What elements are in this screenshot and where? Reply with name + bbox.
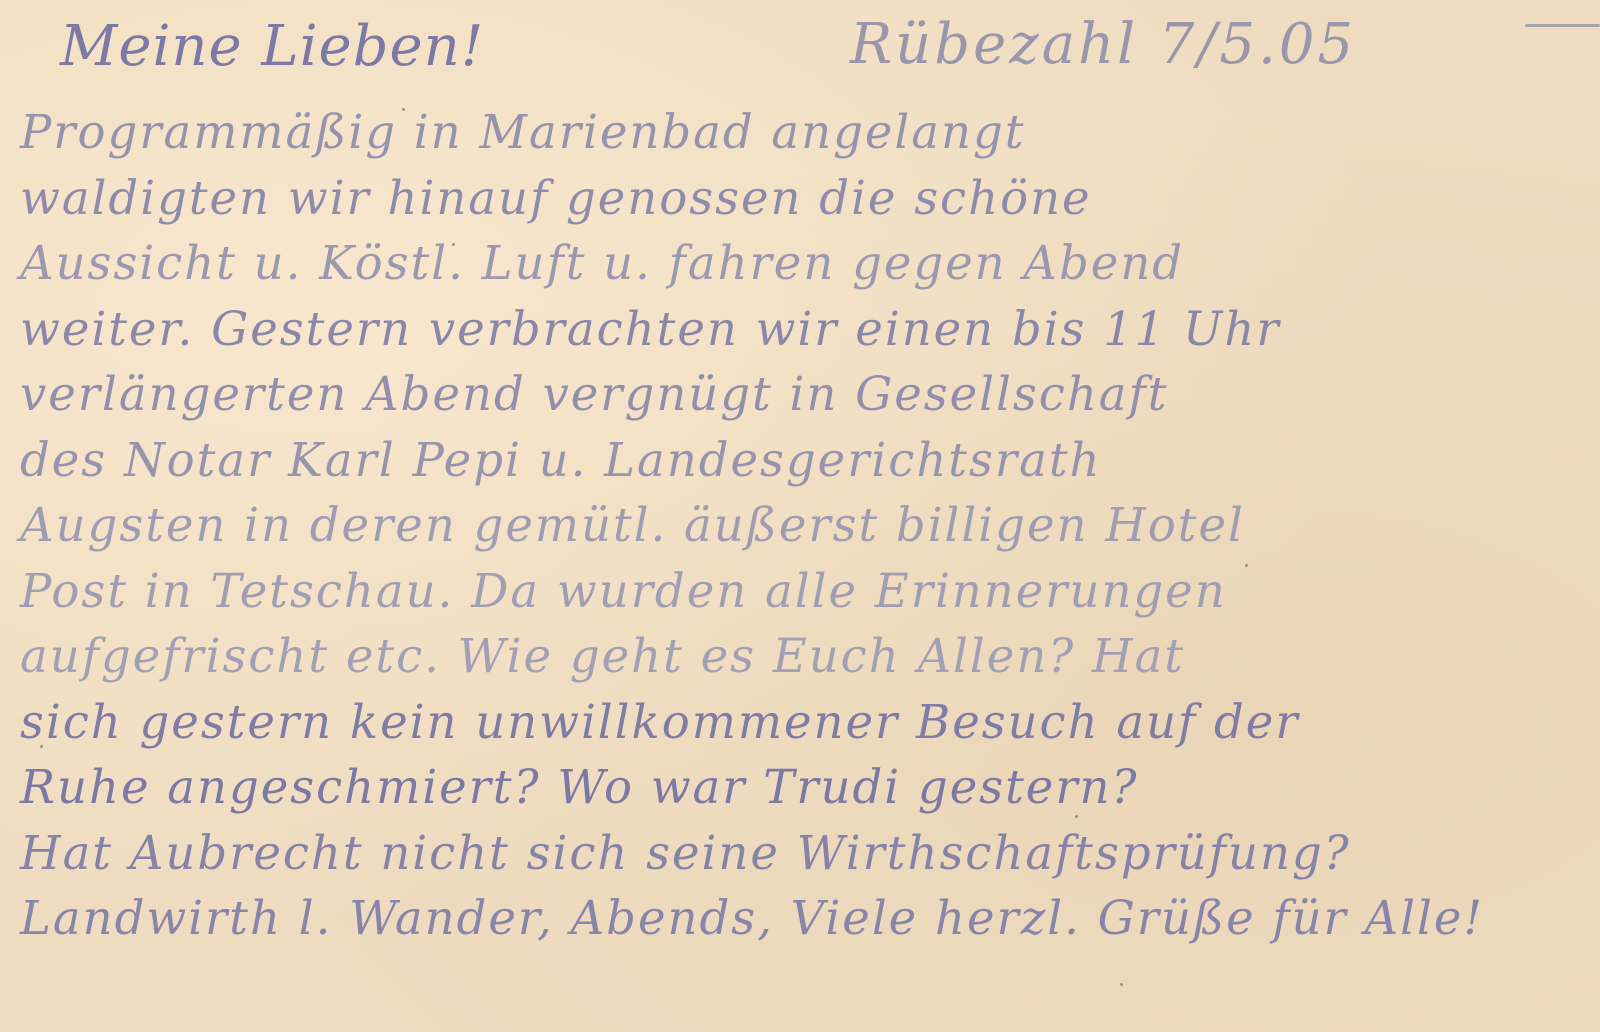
letter-line: Augsten in deren gemütl. äußerst billige… xyxy=(20,493,1565,559)
paper-speck xyxy=(40,745,43,748)
paper-speck xyxy=(1075,815,1078,818)
letter-line: waldigten wir hinauf genossen die schöne xyxy=(20,166,1565,232)
letter-line: Post in Tetschau. Da wurden alle Erinner… xyxy=(20,559,1565,625)
postcard-header: Meine Lieben! Rübezahl 7/5.05 xyxy=(60,4,1540,84)
letter-line: Landwirth l. Wander, Abends, Viele herzl… xyxy=(20,886,1565,952)
letter-line: Aussicht u. Köstl. Luft u. fahren gegen … xyxy=(20,231,1565,297)
paper-speck xyxy=(402,108,405,111)
letter-line: Programmäßig in Marienbad angelangt xyxy=(20,100,1565,166)
greeting: Meine Lieben! xyxy=(60,14,484,79)
paper-speck xyxy=(452,243,455,246)
place-date: Rübezahl 7/5.05 xyxy=(850,12,1356,77)
pencil-stroke xyxy=(1525,24,1600,27)
letter-line: aufgefrischt etc. Wie geht es Euch Allen… xyxy=(20,624,1565,690)
letter-line: weiter. Gestern verbrachten wir einen bi… xyxy=(20,297,1565,363)
letter-line: Ruhe angeschmiert? Wo war Trudi gestern? xyxy=(20,755,1565,821)
letter-line: sich gestern kein unwillkommener Besuch … xyxy=(20,690,1565,756)
letter-line: verlängerten Abend vergnügt in Gesellsch… xyxy=(20,362,1565,428)
letter-line: Hat Aubrecht nicht sich seine Wirthschaf… xyxy=(20,821,1565,887)
paper-speck xyxy=(1120,983,1123,986)
letter-body: Programmäßig in Marienbad angelangt wald… xyxy=(20,100,1580,952)
paper-speck xyxy=(1245,564,1248,567)
letter-line: des Notar Karl Pepi u. Landesgerichtsrat… xyxy=(20,428,1565,494)
postcard: Meine Lieben! Rübezahl 7/5.05 Programmäß… xyxy=(0,0,1600,1032)
